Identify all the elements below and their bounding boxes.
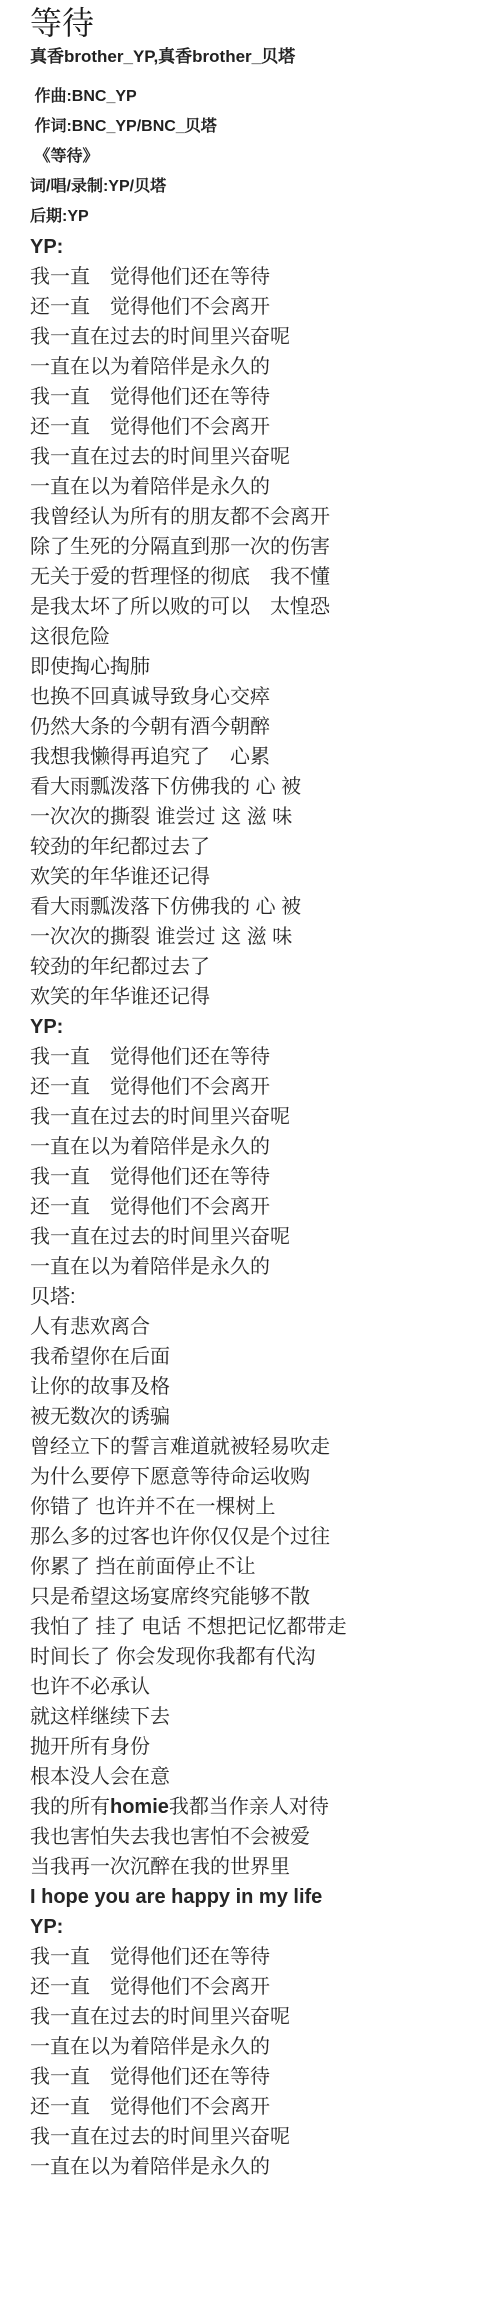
- lyric-line: 欢笑的年华谁还记得: [30, 982, 480, 1012]
- lyric-line: 我想我懒得再追究了 心累: [30, 742, 480, 772]
- lyric-line: 我一直在过去的时间里兴奋呢: [30, 2002, 480, 2032]
- lyric-line: 看大雨瓢泼落下仿佛我的 心 被: [30, 892, 480, 922]
- lyric-line: 还一直 觉得他们不会离开: [30, 2092, 480, 2122]
- lyric-line: 也换不回真诚导致身心交瘁: [30, 682, 480, 712]
- lyric-line: 你累了 挡在前面停止不让: [30, 1552, 480, 1582]
- lyrics-page: 等待 真香brother_YP,真香brother_贝塔 作曲:BNC_YP 作…: [0, 0, 500, 2182]
- credit-line: 作曲:BNC_YP: [30, 82, 480, 112]
- lyric-line: 一直在以为着陪伴是永久的: [30, 2032, 480, 2062]
- lyric-line: 即使掏心掏肺: [30, 652, 480, 682]
- lyric-line: YP:: [30, 232, 480, 262]
- credit-line: 后期:YP: [30, 202, 480, 232]
- lyric-line: 那么多的过客也许你仅仅是个过往: [30, 1522, 480, 1552]
- lyric-line: 我一直 觉得他们还在等待: [30, 2062, 480, 2092]
- lyric-line: 当我再一次沉醉在我的世界里: [30, 1852, 480, 1882]
- lyric-line: 还一直 觉得他们不会离开: [30, 412, 480, 442]
- lyric-line: 一直在以为着陪伴是永久的: [30, 1252, 480, 1282]
- lyric-line: 我一直 觉得他们还在等待: [30, 262, 480, 292]
- lyric-line: 就这样继续下去: [30, 1702, 480, 1732]
- lyric-line: 时间长了 你会发现你我都有代沟: [30, 1642, 480, 1672]
- lyric-line: YP:: [30, 1012, 480, 1042]
- lyric-line: 曾经立下的誓言难道就被轻易吹走: [30, 1432, 480, 1462]
- lyric-line: 你错了 也许并不在一棵树上: [30, 1492, 480, 1522]
- lyric-line: 我一直在过去的时间里兴奋呢: [30, 442, 480, 472]
- lyric-line: 根本没人会在意: [30, 1762, 480, 1792]
- lyric-line: 较劲的年纪都过去了: [30, 952, 480, 982]
- artist-names: 真香brother_YP,真香brother_贝塔: [30, 44, 480, 70]
- lyric-line: 我一直 觉得他们还在等待: [30, 1162, 480, 1192]
- lyric-line: 一直在以为着陪伴是永久的: [30, 1132, 480, 1162]
- lyric-line: 我怕了 挂了 电话 不想把记忆都带走: [30, 1612, 480, 1642]
- lyric-line: 较劲的年纪都过去了: [30, 832, 480, 862]
- lyric-line: 还一直 觉得他们不会离开: [30, 1192, 480, 1222]
- lyric-line: 也许不必承认: [30, 1672, 480, 1702]
- credit-line: 作词:BNC_YP/BNC_贝塔: [30, 112, 480, 142]
- lyric-line: 我一直在过去的时间里兴奋呢: [30, 1102, 480, 1132]
- lyric-line: 一直在以为着陪伴是永久的: [30, 352, 480, 382]
- lyric-line: 还一直 觉得他们不会离开: [30, 1072, 480, 1102]
- lyric-line: 贝塔:: [30, 1282, 480, 1312]
- lyric-line: 仍然大条的今朝有酒今朝醉: [30, 712, 480, 742]
- lyric-line: 欢笑的年华谁还记得: [30, 862, 480, 892]
- lyric-line: 只是希望这场宴席终究能够不散: [30, 1582, 480, 1612]
- lyric-line: 是我太坏了所以败的可以 太惶恐: [30, 592, 480, 622]
- lyric-line: 我一直在过去的时间里兴奋呢: [30, 2122, 480, 2152]
- lyrics-list: 作曲:BNC_YP 作词:BNC_YP/BNC_贝塔 《等待》词/唱/录制:YP…: [30, 82, 480, 2182]
- lyric-line: 人有悲欢离合: [30, 1312, 480, 1342]
- lyric-line: 我曾经认为所有的朋友都不会离开: [30, 502, 480, 532]
- lyric-line: 我一直 觉得他们还在等待: [30, 1042, 480, 1072]
- lyric-line: 这很危险: [30, 622, 480, 652]
- lyric-line: 一直在以为着陪伴是永久的: [30, 472, 480, 502]
- lyric-line: 一次次的撕裂 谁尝过 这 滋 味: [30, 922, 480, 952]
- lyric-line: 一直在以为着陪伴是永久的: [30, 2152, 480, 2182]
- lyric-line: I hope you are happy in my life: [30, 1882, 480, 1912]
- lyric-line: 一次次的撕裂 谁尝过 这 滋 味: [30, 802, 480, 832]
- lyric-line: 我的所有homie我都当作亲人对待: [30, 1792, 480, 1822]
- credit-line: 《等待》: [30, 142, 480, 172]
- lyric-line: 我一直在过去的时间里兴奋呢: [30, 1222, 480, 1252]
- lyric-line: 看大雨瓢泼落下仿佛我的 心 被: [30, 772, 480, 802]
- lyric-line: 被无数次的诱骗: [30, 1402, 480, 1432]
- song-title: 等待: [30, 2, 480, 44]
- lyric-line: YP:: [30, 1912, 480, 1942]
- lyric-line: 抛开所有身份: [30, 1732, 480, 1762]
- lyric-line: 我一直在过去的时间里兴奋呢: [30, 322, 480, 352]
- lyric-line: 我一直 觉得他们还在等待: [30, 1942, 480, 1972]
- lyric-line: 为什么要停下愿意等待命运收购: [30, 1462, 480, 1492]
- lyric-line: 除了生死的分隔直到那一次的伤害: [30, 532, 480, 562]
- lyric-line: 让你的故事及格: [30, 1372, 480, 1402]
- credit-line: 词/唱/录制:YP/贝塔: [30, 172, 480, 202]
- lyric-line: 我也害怕失去我也害怕不会被爱: [30, 1822, 480, 1852]
- lyric-line: 我一直 觉得他们还在等待: [30, 382, 480, 412]
- lyric-line: 还一直 觉得他们不会离开: [30, 292, 480, 322]
- lyric-line: 无关于爱的哲理怪的彻底 我不懂: [30, 562, 480, 592]
- lyric-line: 还一直 觉得他们不会离开: [30, 1972, 480, 2002]
- lyric-line: 我希望你在后面: [30, 1342, 480, 1372]
